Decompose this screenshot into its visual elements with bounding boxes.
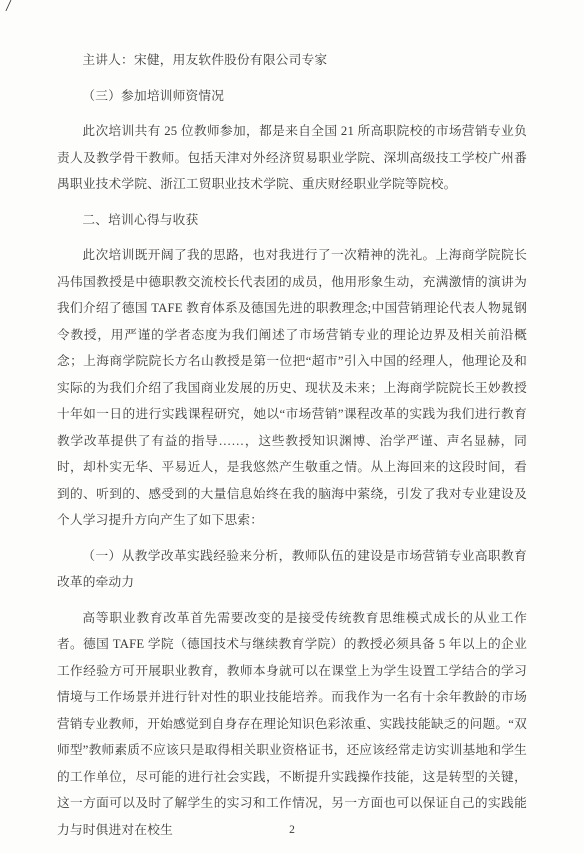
- document-page: / 主讲人：宋健，用友软件股份有限公司专家 （三）参加培训师资情况 此次培训共有…: [0, 0, 584, 854]
- paragraph-body-vocational-reform: 高等职业教育改革首先需要改变的是接受传统教育思维模式成长的从业工作者。德国 TA…: [57, 605, 527, 844]
- paragraph-heading-training-teachers: （三）参加培训师资情况: [57, 83, 527, 110]
- paragraph-body-training-experience: 此次培训既开阔了我的思路，也对我进行了一次精神的洗礼。上海商学院院长冯伟国教授是…: [57, 242, 527, 534]
- scan-corner-mark: /: [5, 0, 11, 14]
- paragraph-heading-point-one: （一）从教学改革实践经验来分析，教师队伍的建设是市场营销专业高职教育改革的牵动力: [57, 543, 527, 596]
- paragraph-speaker-line: 主讲人：宋健，用友软件股份有限公司专家: [57, 47, 527, 74]
- paragraph-heading-section-two: 二、培训心得与收获: [57, 207, 527, 234]
- document-content: 主讲人：宋健，用友软件股份有限公司专家 （三）参加培训师资情况 此次培训共有 2…: [57, 47, 527, 852]
- page-number: 2: [0, 824, 584, 836]
- paragraph-body-participants: 此次培训共有 25 位教师参加，都是来自全国 21 所高职院校的市场营销专业负责…: [57, 118, 527, 198]
